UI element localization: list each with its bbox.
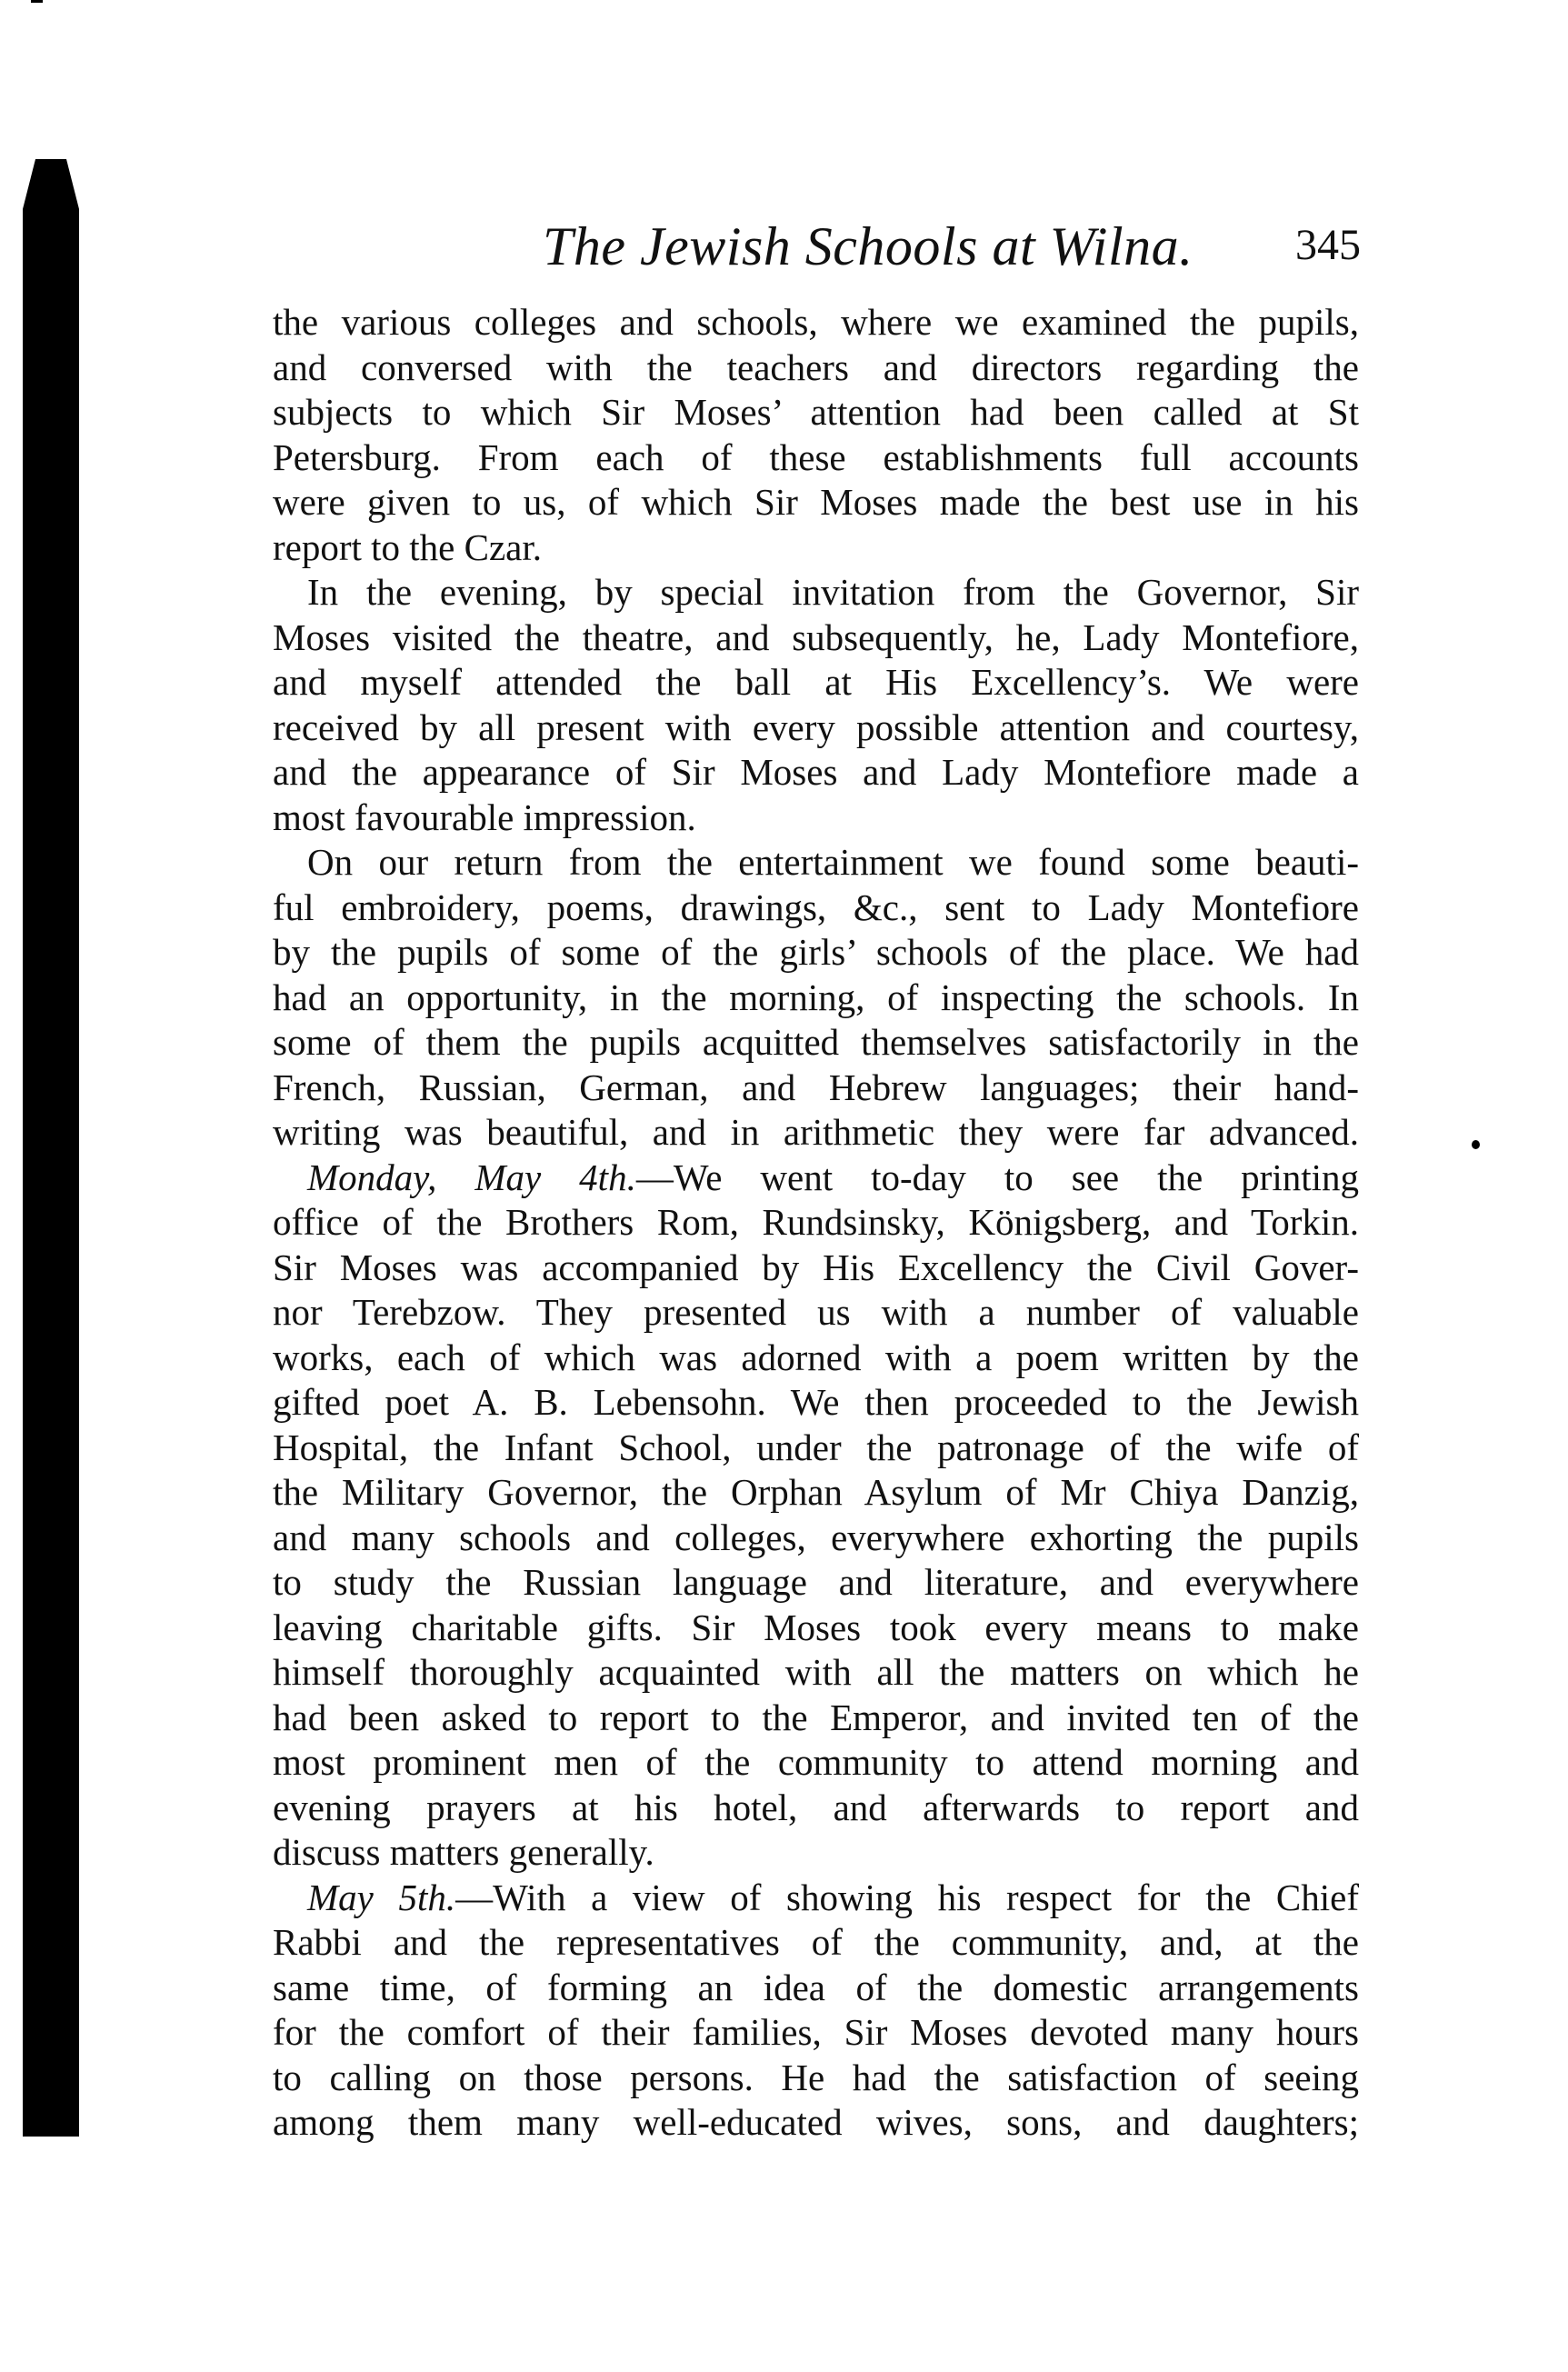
text-line: Monday, May 4th.—We went to-day to see t… bbox=[273, 1156, 1359, 1201]
stray-ink-dot bbox=[1472, 1140, 1480, 1149]
text-line: had been asked to report to the Emperor,… bbox=[273, 1696, 1359, 1741]
text-line: among them many well-educated wives, son… bbox=[273, 2100, 1359, 2146]
text-line: to calling on those persons. He had the … bbox=[273, 2056, 1359, 2101]
text-line: French, Russian, German, and Hebrew lang… bbox=[273, 1066, 1359, 1111]
text-line: Rabbi and the representatives of the com… bbox=[273, 1920, 1359, 1966]
text-line: most prominent men of the community to a… bbox=[273, 1740, 1359, 1786]
page-number: 345 bbox=[1295, 218, 1361, 273]
paragraph: On our return from the entertainment we … bbox=[273, 840, 1359, 1156]
scan-artifact-mark bbox=[31, 0, 43, 3]
text-line-rest: —With a view of showing his respect for … bbox=[455, 1877, 1359, 1918]
text-line: May 5th.—With a view of showing his resp… bbox=[273, 1876, 1359, 1921]
text-line: the Military Governor, the Orphan Asylum… bbox=[273, 1470, 1359, 1516]
text-line: report to the Czar. bbox=[273, 525, 1359, 571]
text-line-rest: —We went to-day to see the printing bbox=[636, 1156, 1359, 1198]
text-line: by the pupils of some of the girls’ scho… bbox=[273, 930, 1359, 976]
text-line: works, each of which was adorned with a … bbox=[273, 1336, 1359, 1381]
text-line: to study the Russian language and litera… bbox=[273, 1560, 1359, 1606]
text-line: subjects to which Sir Moses’ attention h… bbox=[273, 390, 1359, 435]
text-line: and many schools and colleges, everywher… bbox=[273, 1516, 1359, 1561]
paragraph: In the evening, by special invitation fr… bbox=[273, 570, 1359, 840]
text-line: evening prayers at his hotel, and afterw… bbox=[273, 1786, 1359, 1831]
text-line: gifted poet A. B. Lebensohn. We then pro… bbox=[273, 1380, 1359, 1426]
paragraph-diary-may-5: May 5th.—With a view of showing his resp… bbox=[273, 1876, 1359, 2146]
text-line: leaving charitable gifts. Sir Moses took… bbox=[273, 1606, 1359, 1651]
text-line: Sir Moses was accompanied by His Excelle… bbox=[273, 1246, 1359, 1291]
paragraph-diary-may-4: Monday, May 4th.—We went to-day to see t… bbox=[273, 1156, 1359, 1876]
text-line: discuss matters generally. bbox=[273, 1830, 1359, 1876]
text-line: Moses visited the theatre, and subsequen… bbox=[273, 616, 1359, 661]
text-line: nor Terebzow. They presented us with a n… bbox=[273, 1290, 1359, 1336]
date-label: May 5th. bbox=[307, 1877, 455, 1918]
text-line: In the evening, by special invitation fr… bbox=[273, 570, 1359, 616]
text-line: most favourable impression. bbox=[273, 796, 1359, 841]
date-label: Monday, May 4th. bbox=[307, 1156, 636, 1198]
text-line: for the comfort of their families, Sir M… bbox=[273, 2010, 1359, 2056]
binding-shadow-bar bbox=[23, 159, 79, 2137]
text-line: writing was beautiful, and in arithmetic… bbox=[273, 1110, 1359, 1156]
text-line: the various colleges and schools, where … bbox=[273, 300, 1359, 345]
text-line: some of them the pupils acquitted themse… bbox=[273, 1020, 1359, 1066]
text-line: same time, of forming an idea of the dom… bbox=[273, 1966, 1359, 2011]
text-line: himself thoroughly acquainted with all t… bbox=[273, 1650, 1359, 1696]
text-line: On our return from the entertainment we … bbox=[273, 840, 1359, 886]
text-line: and the appearance of Sir Moses and Lady… bbox=[273, 750, 1359, 796]
text-line: and conversed with the teachers and dire… bbox=[273, 345, 1359, 391]
paragraph: the various colleges and schools, where … bbox=[273, 300, 1359, 570]
text-line: received by all present with every possi… bbox=[273, 706, 1359, 751]
text-line: office of the Brothers Rom, Rundsinsky, … bbox=[273, 1200, 1359, 1246]
text-line: ful embroidery, poems, drawings, &c., se… bbox=[273, 886, 1359, 931]
text-line: Hospital, the Infant School, under the p… bbox=[273, 1426, 1359, 1471]
running-head-title: The Jewish Schools at Wilna. bbox=[543, 215, 1193, 278]
text-line: and myself attended the ball at His Exce… bbox=[273, 660, 1359, 706]
text-line: were given to us, of which Sir Moses mad… bbox=[273, 480, 1359, 525]
body-text: the various colleges and schools, where … bbox=[273, 300, 1359, 2146]
text-line: had an opportunity, in the morning, of i… bbox=[273, 976, 1359, 1021]
text-line: Petersburg. From each of these establish… bbox=[273, 435, 1359, 481]
